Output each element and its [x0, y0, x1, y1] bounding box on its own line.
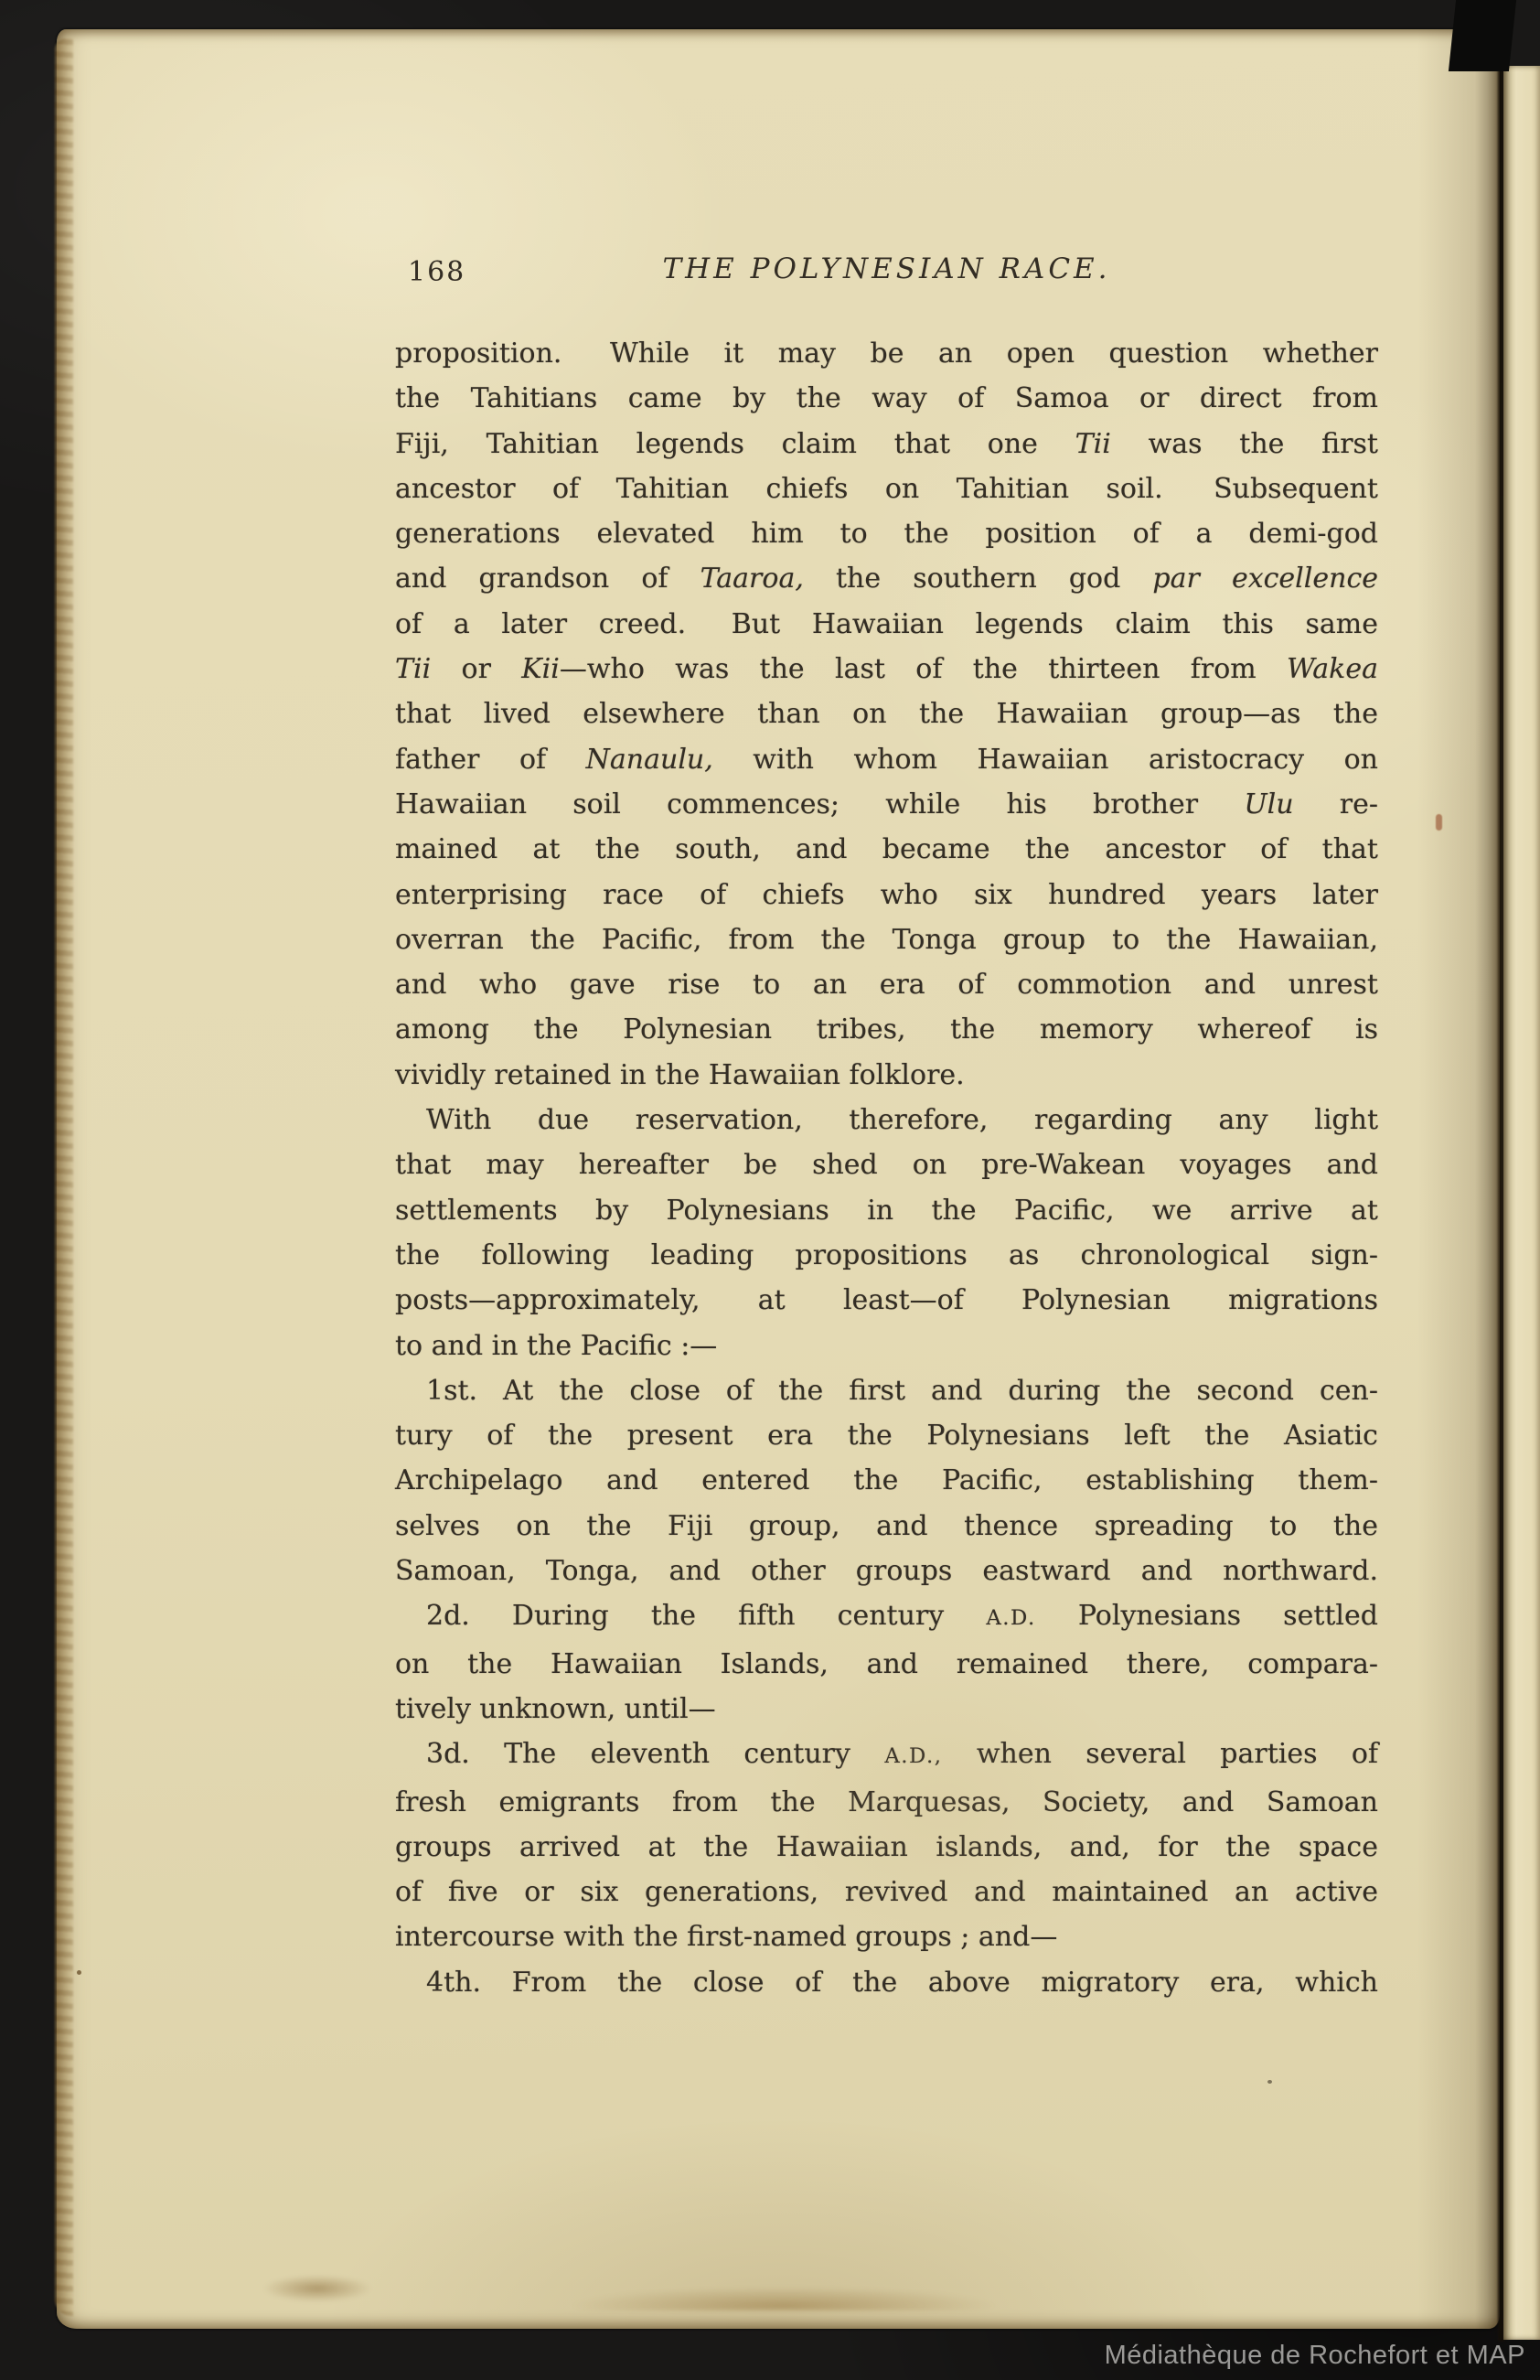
text-line: enterprising race of chiefs who six hund… — [395, 873, 1378, 917]
scan-background: 168 THE POLYNESIAN RACE. proposition. Wh… — [0, 0, 1540, 2380]
text-line: fresh emigrants from the Marquesas, Soci… — [395, 1780, 1378, 1825]
text-line: posts—approximately, at least—of Polynes… — [395, 1278, 1378, 1323]
text-line: ancestor of Tahitian chiefs on Tahitian … — [395, 466, 1378, 511]
page-header: 168 THE POLYNESIAN RACE. — [395, 252, 1378, 293]
text-line: that lived elsewhere than on the Hawaiia… — [395, 691, 1378, 736]
stain — [1267, 2080, 1272, 2084]
text-line: tively unknown, until— — [395, 1687, 1378, 1731]
text-line: of five or six generations, revived and … — [395, 1870, 1378, 1914]
text-line: selves on the Fiji group, and thence spr… — [395, 1504, 1378, 1549]
text-line: the following leading propositions as ch… — [395, 1233, 1378, 1278]
text-line: Tii or Kii—who was the last of the thirt… — [395, 647, 1378, 691]
text-line: tury of the present era the Polynesians … — [395, 1413, 1378, 1458]
text-line: Fiji, Tahitian legends claim that one Ti… — [395, 422, 1378, 466]
stain — [77, 1970, 81, 1975]
stain — [262, 2275, 372, 2302]
text-line: vividly retained in the Hawaiian folklor… — [395, 1053, 1378, 1098]
running-title: THE POLYNESIAN RACE. — [395, 252, 1378, 285]
text-line: groups arrived at the Hawaiian islands, … — [395, 1825, 1378, 1870]
text-line: Archipelago and entered the Pacific, est… — [395, 1458, 1378, 1503]
text-line: on the Hawaiian Islands, and remained th… — [395, 1642, 1378, 1687]
text-line: intercourse with the first-named groups … — [395, 1914, 1378, 1959]
text-line: that may hereafter be shed on pre-Wakean… — [395, 1142, 1378, 1187]
text-line: 2d. During the fifth century A.D. Polyne… — [395, 1593, 1378, 1641]
text-line: generations elevated him to the position… — [395, 511, 1378, 556]
text-line: 3d. The eleventh century A.D., when seve… — [395, 1731, 1378, 1779]
text-line: overran the Pacific, from the Tonga grou… — [395, 917, 1378, 962]
text-line: and who gave rise to an era of commotion… — [395, 962, 1378, 1007]
text-line: 4th. From the close of the above migrato… — [395, 1960, 1378, 2005]
text-line: With due reservation, therefore, regardi… — [395, 1098, 1378, 1142]
text-line: settlements by Polynesians in the Pacifi… — [395, 1188, 1378, 1233]
text-line: and grandson of Taaroa, the southern god… — [395, 556, 1378, 601]
text-line: to and in the Pacific :— — [395, 1324, 1378, 1368]
stain — [1436, 814, 1442, 831]
text-line: the Tahitians came by the way of Samoa o… — [395, 376, 1378, 421]
text-line: proposition. While it may be an open que… — [395, 331, 1378, 376]
text-line: 1st. At the close of the first and durin… — [395, 1368, 1378, 1413]
text-line: Samoan, Tonga, and other groups eastward… — [395, 1549, 1378, 1593]
text-line: father of Nanaulu, with whom Hawaiian ar… — [395, 737, 1378, 782]
text-block: proposition. While it may be an open que… — [395, 331, 1378, 2005]
watermark: Médiathèque de Rochefort et MAP — [1105, 2341, 1525, 2371]
stain — [569, 2287, 999, 2310]
binding-gap — [1449, 0, 1516, 71]
text-line: Hawaiian soil commences; while his broth… — [395, 782, 1378, 827]
text-line: of a later creed. But Hawaiian legends c… — [395, 602, 1378, 647]
text-line: mained at the south, and became the ance… — [395, 827, 1378, 872]
text-line: among the Polynesian tribes, the memory … — [395, 1007, 1378, 1052]
next-page-edge — [1503, 66, 1540, 2340]
book-page: 168 THE POLYNESIAN RACE. proposition. Wh… — [57, 29, 1500, 2329]
